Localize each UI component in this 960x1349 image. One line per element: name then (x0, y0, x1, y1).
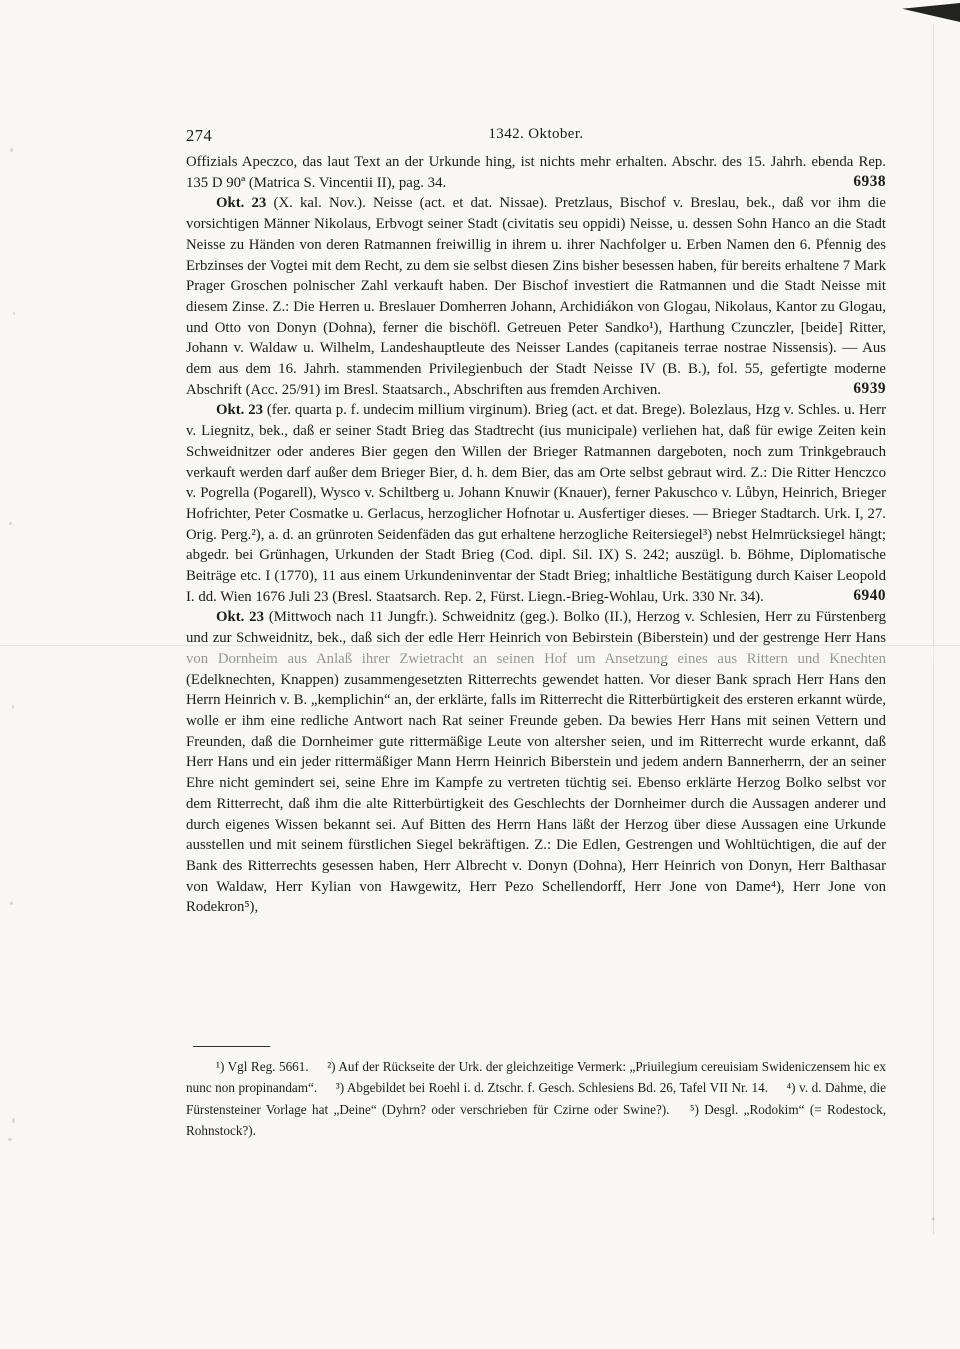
entry-6939: Okt. 23 (X. kal. Nov.). Neisse (act. et … (186, 193, 886, 400)
entry-date-lead: Okt. 23 (216, 402, 263, 418)
entry-body: (fer. quarta p. f. undecim millium virgi… (186, 402, 886, 604)
entry-date-lead: Okt. 23 (216, 609, 264, 625)
scan-speckle (12, 705, 14, 709)
scan-corner-fold-mark (902, 3, 960, 22)
footnotes-block: ¹) Vgl Reg. 5661. ²) Auf der Rückseite d… (186, 1056, 886, 1142)
scan-speckle (10, 902, 13, 905)
entry-6940: Okt. 23 (fer. quarta p. f. undecim milli… (186, 400, 886, 607)
entry-number: 6938 (853, 172, 886, 193)
entry-number: 6939 (853, 379, 886, 400)
main-text-column: Offizials Apeczco, das laut Text an der … (186, 152, 886, 918)
scan-speckle (13, 312, 15, 315)
entry-body: Offizials Apeczco, das laut Text an der … (186, 154, 886, 191)
scan-speckle (8, 1138, 12, 1141)
footnote-1: ¹) Vgl Reg. 5661. (216, 1059, 309, 1074)
running-header: 1342. Oktober. (186, 126, 886, 143)
entry-okt23-schweidnitz: Okt. 23 (Mittwoch nach 11 Jungfr.). Schw… (186, 607, 886, 918)
scan-speckle (9, 522, 12, 525)
scan-speckle (12, 1118, 15, 1123)
footnote-separator-rule (193, 1046, 270, 1047)
entry-continuation-6938: Offizials Apeczco, das laut Text an der … (186, 152, 886, 193)
page-number: 274 (186, 126, 212, 146)
scan-speckle (931, 1218, 935, 1220)
entry-number: 6940 (853, 586, 886, 607)
paper-edge-shadow-line (933, 24, 934, 1234)
entry-body: (Mittwoch nach 11 Jungfr.). Schweidnitz … (186, 609, 886, 915)
footnote-3: ³) Abgebildet bei Roehl i. d. Ztschr. f.… (336, 1080, 768, 1095)
scan-speckle (10, 148, 13, 152)
entry-date-lead: Okt. 23 (216, 195, 266, 211)
page-masthead: 274 1342. Oktober. (186, 126, 886, 148)
entry-body: (X. kal. Nov.). Neisse (act. et dat. Nis… (186, 195, 886, 397)
